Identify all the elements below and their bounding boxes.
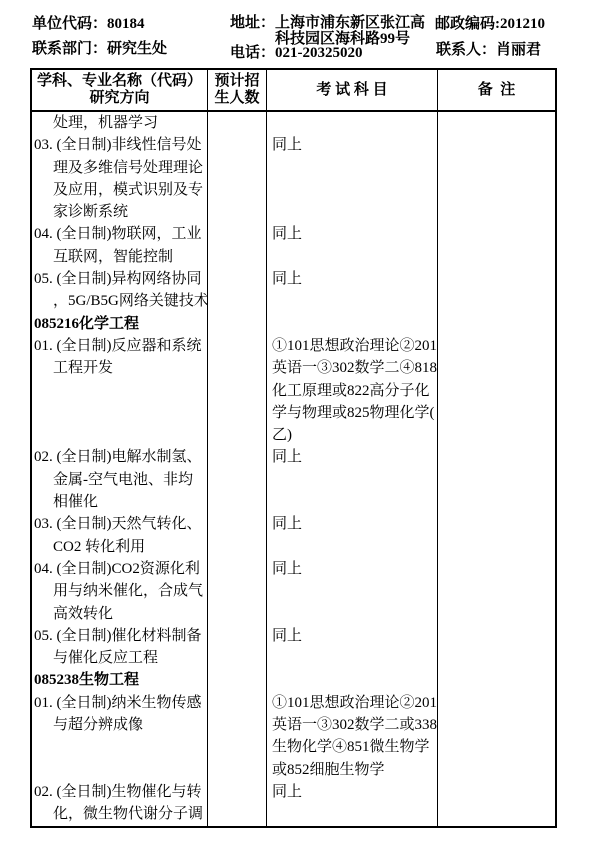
exam-subject-line: 同上	[272, 134, 437, 156]
exam-subject-line: 或852细胞生物学	[272, 759, 437, 781]
subject-line: 相催化	[34, 491, 207, 513]
column-header-subject-line2: 研究方向	[89, 90, 149, 107]
subject-line: 04. (全日制)CO2资源化利	[34, 558, 207, 580]
postcode-label: 邮政编码:	[435, 16, 500, 32]
enrollment-cell	[208, 625, 267, 670]
column-header-enrollment-line1: 预计招	[214, 73, 259, 90]
contact-dept-line: 联系部门：研究生处	[32, 41, 167, 57]
subject-cell: 处理，机器学习	[32, 112, 208, 134]
table-body: 处理，机器学习03. (全日制)非线性信号处理及多维信号处理理论及应用，模式识别…	[32, 112, 555, 826]
column-header-remarks: 备 注	[438, 70, 555, 110]
subject-line: 理及多维信号处理理论	[34, 157, 207, 179]
exam-subjects-cell: 同上	[267, 134, 438, 223]
enrollment-cell	[208, 335, 267, 446]
remarks-cell	[438, 335, 555, 446]
exam-subjects-cell: ①101思想政治理论②201英语一③302数学二或338生物化学④851微生物学…	[267, 692, 438, 781]
enrollment-cell	[208, 268, 267, 313]
exam-subjects-cell: 同上	[267, 268, 438, 313]
subject-cell: 085238生物工程	[32, 669, 208, 691]
table-row: 03. (全日制)天然气转化、CO2 转化利用同上	[32, 513, 555, 558]
column-header-enrollment-line2: 生人数	[214, 90, 259, 107]
exam-subject-line: 同上	[272, 223, 437, 245]
exam-subjects-cell: 同上	[267, 223, 438, 268]
phone-value: 021-20325020	[275, 45, 363, 61]
table-header-row: 学科、专业名称（代码） 研究方向 预计招 生人数 考 试 科 目 备 注	[32, 70, 555, 112]
column-header-subject: 学科、专业名称（代码） 研究方向	[32, 70, 208, 110]
enrollment-cell	[208, 513, 267, 558]
address-label: 地址：	[230, 15, 275, 31]
contact-person-label: 联系人：	[436, 42, 496, 58]
subject-line: 02. (全日制)电解水制氢、	[34, 446, 207, 468]
exam-subject-line: ①101思想政治理论②201	[272, 692, 437, 714]
contact-dept-value: 研究生处	[107, 41, 167, 57]
enrollment-cell	[208, 446, 267, 513]
table-row: 01. (全日制)反应器和系统工程开发①101思想政治理论②201英语一③302…	[32, 335, 555, 446]
table-row: 处理，机器学习	[32, 112, 555, 134]
subject-line: 01. (全日制)反应器和系统	[34, 335, 207, 357]
table-row: 05. (全日制)异构网络协同，5G/B5G网络关键技术同上	[32, 268, 555, 313]
enrollment-cell	[208, 781, 267, 826]
subject-line: 处理，机器学习	[34, 112, 207, 134]
exam-subjects-cell: 同上	[267, 446, 438, 513]
subject-line: 互联网，智能控制	[34, 246, 207, 268]
enrollment-cell	[208, 692, 267, 781]
phone-line: 电话：021-20325020	[230, 45, 363, 61]
subject-cell: 03. (全日制)天然气转化、CO2 转化利用	[32, 513, 208, 558]
table-row: 02. (全日制)生物催化与转化，微生物代谢分子调同上	[32, 781, 555, 826]
subject-line: 与催化反应工程	[34, 647, 207, 669]
unit-code-line: 单位代码：80184	[32, 16, 145, 32]
unit-code-value: 80184	[107, 16, 145, 32]
enrollment-cell	[208, 313, 267, 335]
subject-line: 085238生物工程	[34, 669, 207, 691]
subject-line: CO2 转化利用	[34, 536, 207, 558]
subject-line: 03. (全日制)非线性信号处	[34, 134, 207, 156]
exam-subjects-cell: 同上	[267, 513, 438, 558]
exam-subjects-cell: ①101思想政治理论②201英语一③302数学二④818化工原理或822高分子化…	[267, 335, 438, 446]
enrollment-cell	[208, 112, 267, 134]
subject-line: ，5G/B5G网络关键技术	[34, 290, 207, 312]
address-value-line1: 上海市浦东新区张江高	[275, 15, 425, 31]
table-row: 05. (全日制)催化材料制备与催化反应工程同上	[32, 625, 555, 670]
remarks-cell	[438, 313, 555, 335]
enrollment-cell	[208, 558, 267, 625]
subject-cell: 01. (全日制)反应器和系统工程开发	[32, 335, 208, 446]
exam-subject-line: 同上	[272, 268, 437, 290]
subject-cell: 02. (全日制)生物催化与转化，微生物代谢分子调	[32, 781, 208, 826]
contact-dept-label: 联系部门：	[32, 41, 107, 57]
exam-subjects-cell	[267, 313, 438, 335]
enrollment-cell	[208, 669, 267, 691]
remarks-cell	[438, 223, 555, 268]
subject-cell: 03. (全日制)非线性信号处理及多维信号处理理论及应用，模式识别及专家诊断系统	[32, 134, 208, 223]
admissions-table: 学科、专业名称（代码） 研究方向 预计招 生人数 考 试 科 目 备 注 处理，…	[30, 68, 557, 828]
column-header-enrollment: 预计招 生人数	[208, 70, 267, 110]
enrollment-cell	[208, 223, 267, 268]
contact-person-line: 联系人：肖丽君	[436, 42, 541, 58]
remarks-cell	[438, 625, 555, 670]
subject-line: 及应用，模式识别及专	[34, 179, 207, 201]
exam-subject-line: 同上	[272, 781, 437, 803]
column-header-subject-line1: 学科、专业名称（代码）	[37, 73, 202, 90]
subject-line: 用与纳米催化，合成气	[34, 580, 207, 602]
remarks-cell	[438, 669, 555, 691]
subject-cell: 04. (全日制)CO2资源化利用与纳米催化，合成气高效转化	[32, 558, 208, 625]
postcode-value: 201210	[500, 16, 545, 32]
exam-subjects-cell: 同上	[267, 558, 438, 625]
subject-line: 家诊断系统	[34, 201, 207, 223]
subject-line: 与超分辨成像	[34, 714, 207, 736]
postcode-line: 邮政编码:201210	[435, 16, 545, 32]
exam-subject-line: 乙)	[272, 424, 437, 446]
exam-subjects-cell	[267, 669, 438, 691]
exam-subject-line: 学与物理或825物理化学(	[272, 402, 437, 424]
subject-line: 金属-空气电池、非均	[34, 469, 207, 491]
table-row: 01. (全日制)纳米生物传感与超分辨成像①101思想政治理论②201英语一③3…	[32, 692, 555, 781]
table-row: 03. (全日制)非线性信号处理及多维信号处理理论及应用，模式识别及专家诊断系统…	[32, 134, 555, 223]
document-page: 单位代码：80184 联系部门：研究生处 地址：上海市浦东新区张江高 科技园区海…	[0, 0, 595, 845]
remarks-cell	[438, 692, 555, 781]
table-row: 02. (全日制)电解水制氢、金属-空气电池、非均相催化同上	[32, 446, 555, 513]
remarks-cell	[438, 112, 555, 134]
exam-subject-line: 英语一③302数学二或338	[272, 714, 437, 736]
exam-subject-line: 同上	[272, 625, 437, 647]
exam-subjects-cell: 同上	[267, 625, 438, 670]
subject-line: 01. (全日制)纳米生物传感	[34, 692, 207, 714]
remarks-cell	[438, 446, 555, 513]
subject-line: 03. (全日制)天然气转化、	[34, 513, 207, 535]
exam-subject-line: 同上	[272, 446, 437, 468]
subject-line: 高效转化	[34, 603, 207, 625]
column-header-exam-subjects: 考 试 科 目	[267, 70, 438, 110]
subject-cell: 05. (全日制)异构网络协同，5G/B5G网络关键技术	[32, 268, 208, 313]
exam-subjects-cell	[267, 112, 438, 134]
remarks-cell	[438, 513, 555, 558]
remarks-cell	[438, 134, 555, 223]
phone-label: 电话：	[230, 45, 275, 61]
remarks-cell	[438, 558, 555, 625]
remarks-cell	[438, 268, 555, 313]
subject-line: 工程开发	[34, 357, 207, 379]
table-row: 085238生物工程	[32, 669, 555, 691]
address-line-1: 地址：上海市浦东新区张江高	[230, 15, 425, 31]
contact-person-value: 肖丽君	[496, 42, 541, 58]
subject-cell: 02. (全日制)电解水制氢、金属-空气电池、非均相催化	[32, 446, 208, 513]
subject-cell: 05. (全日制)催化材料制备与催化反应工程	[32, 625, 208, 670]
subject-cell: 085216化学工程	[32, 313, 208, 335]
exam-subject-line: 生物化学④851微生物学	[272, 736, 437, 758]
exam-subject-line: ①101思想政治理论②201	[272, 335, 437, 357]
table-row: 085216化学工程	[32, 313, 555, 335]
subject-cell: 04. (全日制)物联网，工业互联网，智能控制	[32, 223, 208, 268]
enrollment-cell	[208, 134, 267, 223]
table-row: 04. (全日制)物联网，工业互联网，智能控制同上	[32, 223, 555, 268]
exam-subjects-cell: 同上	[267, 781, 438, 826]
unit-code-label: 单位代码：	[32, 16, 107, 32]
subject-line: 085216化学工程	[34, 313, 207, 335]
subject-line: 02. (全日制)生物催化与转	[34, 781, 207, 803]
table-row: 04. (全日制)CO2资源化利用与纳米催化，合成气高效转化同上	[32, 558, 555, 625]
subject-line: 04. (全日制)物联网，工业	[34, 223, 207, 245]
subject-line: 化，微生物代谢分子调	[34, 803, 207, 825]
subject-line: 05. (全日制)异构网络协同	[34, 268, 207, 290]
exam-subject-line: 同上	[272, 513, 437, 535]
exam-subject-line: 英语一③302数学二④818	[272, 357, 437, 379]
exam-subject-line: 化工原理或822高分子化	[272, 380, 437, 402]
subject-line: 05. (全日制)催化材料制备	[34, 625, 207, 647]
remarks-cell	[438, 781, 555, 826]
exam-subject-line: 同上	[272, 558, 437, 580]
subject-cell: 01. (全日制)纳米生物传感与超分辨成像	[32, 692, 208, 781]
